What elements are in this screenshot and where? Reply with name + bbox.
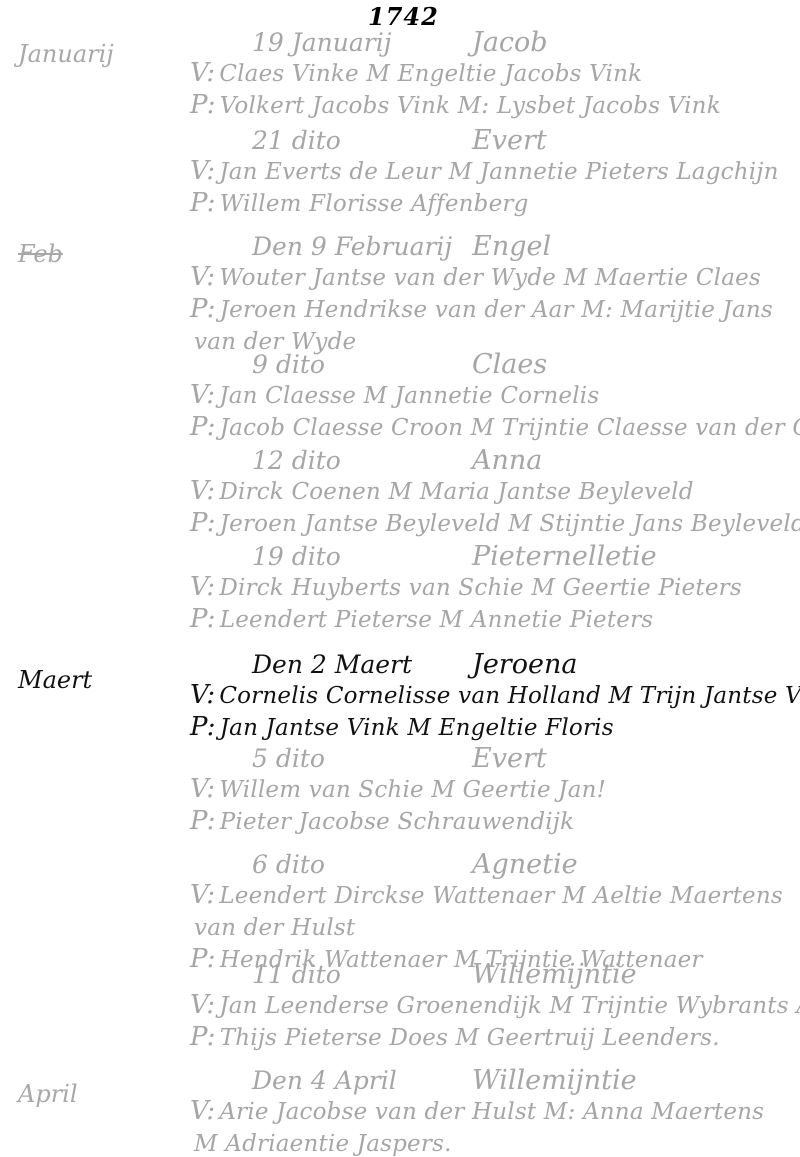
parents-line: V:Arie Jacobse van der Hulst M: Anna Mae… xyxy=(190,1096,800,1128)
parents-line: V:Claes Vinke M Engeltie Jacobs Vink xyxy=(190,58,800,90)
line-text: Cornelis Cornelisse van Holland M Trijn … xyxy=(219,683,800,709)
child-name: Jeroena xyxy=(472,649,577,680)
baptism-entry: 11 ditoWillemijntieV:Jan Leenderse Groen… xyxy=(190,960,800,1054)
line-text: Leendert Dirckse Wattenaer M Aeltie Maer… xyxy=(219,883,783,909)
baptism-entry: Den 2 MaertJeroenaV:Cornelis Cornelisse … xyxy=(190,650,800,744)
child-name: Claes xyxy=(472,349,547,380)
entry-date: 12 dito xyxy=(252,446,452,476)
line-text: M Adriaentie Jaspers. xyxy=(194,1131,452,1157)
baptism-entry: Den 9 FebruarijEngelV:Wouter Jantse van … xyxy=(190,232,800,358)
entry-date: 19 Januarij xyxy=(252,28,452,58)
margin-month-label: Maert xyxy=(18,666,92,694)
baptism-entry: 6 ditoAgnetieV:Leendert Dirckse Wattenae… xyxy=(190,850,800,976)
godparents-line: P:Pieter Jacobse Schrauwendijk xyxy=(190,806,800,838)
line-tag: V: xyxy=(190,880,215,910)
page-year: 1742 xyxy=(368,2,439,31)
line-tag: V: xyxy=(190,680,215,710)
godparents-line: P:Leendert Pieterse M Annetie Pieters xyxy=(190,604,800,636)
entry-date: Den 4 April xyxy=(252,1066,452,1096)
continuation-line: M Adriaentie Jaspers. xyxy=(190,1128,800,1157)
entry-date: Den 2 Maert xyxy=(252,650,452,680)
line-tag: V: xyxy=(190,572,215,602)
line-tag: P: xyxy=(190,806,216,836)
parents-line: V:Jan Everts de Leur M Jannetie Pieters … xyxy=(190,156,800,188)
godparents-line: P:Jan Jantse Vink M Engeltie Floris xyxy=(190,712,800,744)
line-tag: V: xyxy=(190,774,215,804)
entry-heading: Den 9 FebruarijEngel xyxy=(252,232,800,262)
entry-heading: 5 ditoEvert xyxy=(252,744,800,774)
entry-heading: Den 4 AprilWillemijntie xyxy=(252,1066,800,1096)
parents-line: V:Leendert Dirckse Wattenaer M Aeltie Ma… xyxy=(190,880,800,912)
child-name: Jacob xyxy=(472,27,548,58)
margin-month-label: Feb xyxy=(18,240,63,268)
godparents-line: P:Willem Florisse Affenberg xyxy=(190,188,800,220)
margin-month-label: Januarij xyxy=(18,40,114,68)
baptism-entry: 12 ditoAnnaV:Dirck Coenen M Maria Jantse… xyxy=(190,446,800,540)
line-tag: P: xyxy=(190,188,216,218)
line-tag: P: xyxy=(190,712,216,742)
child-name: Evert xyxy=(472,743,547,774)
baptism-entry: 19 ditoPieternelletieV:Dirck Huyberts va… xyxy=(190,542,800,636)
godparents-line: P:Jacob Claesse Croon M Trijntie Claesse… xyxy=(190,412,800,444)
line-tag: P: xyxy=(190,1022,216,1052)
entry-heading: Den 2 MaertJeroena xyxy=(252,650,800,680)
child-name: Agnetie xyxy=(472,849,578,880)
godparents-line: P:Jeroen Hendrikse van der Aar M: Marijt… xyxy=(190,294,800,326)
baptism-entry: 9 ditoClaesV:Jan Claesse M Jannetie Corn… xyxy=(190,350,800,444)
entry-date: 9 dito xyxy=(252,350,452,380)
line-text: Jan Jantse Vink M Engeltie Floris xyxy=(220,715,614,741)
entry-date: 21 dito xyxy=(252,126,452,156)
line-text: Volkert Jacobs Vink M: Lysbet Jacobs Vin… xyxy=(220,93,721,119)
entry-heading: 9 ditoClaes xyxy=(252,350,800,380)
line-tag: P: xyxy=(190,90,216,120)
line-text: Jeroen Hendrikse van der Aar M: Marijtie… xyxy=(220,297,773,323)
line-tag: V: xyxy=(190,262,215,292)
line-text: Leendert Pieterse M Annetie Pieters xyxy=(220,607,654,633)
line-text: van der Hulst xyxy=(194,915,355,941)
child-name: Anna xyxy=(472,445,542,476)
line-text: Willem van Schie M Geertie Jan! xyxy=(219,777,606,803)
parents-line: V:Dirck Coenen M Maria Jantse Beyleveld xyxy=(190,476,800,508)
baptism-entry: 5 ditoEvertV:Willem van Schie M Geertie … xyxy=(190,744,800,838)
line-text: Jacob Claesse Croon M Trijntie Claesse v… xyxy=(220,415,800,441)
entry-heading: 19 ditoPieternelletie xyxy=(252,542,800,572)
line-tag: V: xyxy=(190,476,215,506)
parents-line: V:Jan Leenderse Groenendijk M Trijntie W… xyxy=(190,990,800,1022)
margin-month-label: April xyxy=(18,1080,78,1108)
entry-date: 5 dito xyxy=(252,744,452,774)
parents-line: V:Wouter Jantse van der Wyde M Maertie C… xyxy=(190,262,800,294)
line-tag: P: xyxy=(190,294,216,324)
entry-heading: 11 ditoWillemijntie xyxy=(252,960,800,990)
line-tag: V: xyxy=(190,156,215,186)
line-text: Willem Florisse Affenberg xyxy=(220,191,529,217)
entry-date: 6 dito xyxy=(252,850,452,880)
line-text: Wouter Jantse van der Wyde M Maertie Cla… xyxy=(219,265,761,291)
child-name: Pieternelletie xyxy=(472,541,657,572)
line-tag: V: xyxy=(190,380,215,410)
baptism-entry: 19 JanuarijJacobV:Claes Vinke M Engeltie… xyxy=(190,28,800,122)
parents-line: V:Willem van Schie M Geertie Jan! xyxy=(190,774,800,806)
child-name: Evert xyxy=(472,125,547,156)
parents-line: V:Cornelis Cornelisse van Holland M Trij… xyxy=(190,680,800,712)
line-text: Dirck Huyberts van Schie M Geertie Piete… xyxy=(219,575,742,601)
line-text: Arie Jacobse van der Hulst M: Anna Maert… xyxy=(219,1099,764,1125)
godparents-line: P:Thijs Pieterse Does M Geertruij Leende… xyxy=(190,1022,800,1054)
line-tag: P: xyxy=(190,604,216,634)
baptism-entry: Den 4 AprilWillemijntieV:Arie Jacobse va… xyxy=(190,1066,800,1157)
godparents-line: P:Jeroen Jantse Beyleveld M Stijntie Jan… xyxy=(190,508,800,540)
entry-date: 19 dito xyxy=(252,542,452,572)
line-text: Jan Claesse M Jannetie Cornelis xyxy=(219,383,599,409)
line-tag: P: xyxy=(190,412,216,442)
entry-date: 11 dito xyxy=(252,960,452,990)
baptism-entry: 21 ditoEvertV:Jan Everts de Leur M Janne… xyxy=(190,126,800,220)
godparents-line: P:Volkert Jacobs Vink M: Lysbet Jacobs V… xyxy=(190,90,800,122)
entry-heading: 6 ditoAgnetie xyxy=(252,850,800,880)
child-name: Willemijntie xyxy=(472,959,637,990)
entry-date: Den 9 Februarij xyxy=(252,232,452,262)
register-page: 1742 JanuarijFebMaertApril 19 JanuarijJa… xyxy=(0,0,800,1157)
entry-heading: 21 ditoEvert xyxy=(252,126,800,156)
line-text: Thijs Pieterse Does M Geertruij Leenders… xyxy=(220,1025,720,1051)
line-tag: V: xyxy=(190,990,215,1020)
line-text: Jeroen Jantse Beyleveld M Stijntie Jans … xyxy=(220,511,800,537)
line-tag: V: xyxy=(190,1096,215,1126)
child-name: Engel xyxy=(472,231,551,262)
line-text: Claes Vinke M Engeltie Jacobs Vink xyxy=(219,61,642,87)
line-text: Jan Leenderse Groenendijk M Trijntie Wyb… xyxy=(219,993,800,1019)
line-text: Jan Everts de Leur M Jannetie Pieters La… xyxy=(219,159,778,185)
entry-heading: 12 ditoAnna xyxy=(252,446,800,476)
continuation-line: van der Hulst xyxy=(190,912,800,944)
parents-line: V:Jan Claesse M Jannetie Cornelis xyxy=(190,380,800,412)
child-name: Willemijntie xyxy=(472,1065,637,1096)
line-text: Dirck Coenen M Maria Jantse Beyleveld xyxy=(219,479,693,505)
line-tag: P: xyxy=(190,508,216,538)
line-tag: V: xyxy=(190,58,215,88)
entry-heading: 19 JanuarijJacob xyxy=(252,28,800,58)
line-text: Pieter Jacobse Schrauwendijk xyxy=(220,809,575,835)
parents-line: V:Dirck Huyberts van Schie M Geertie Pie… xyxy=(190,572,800,604)
